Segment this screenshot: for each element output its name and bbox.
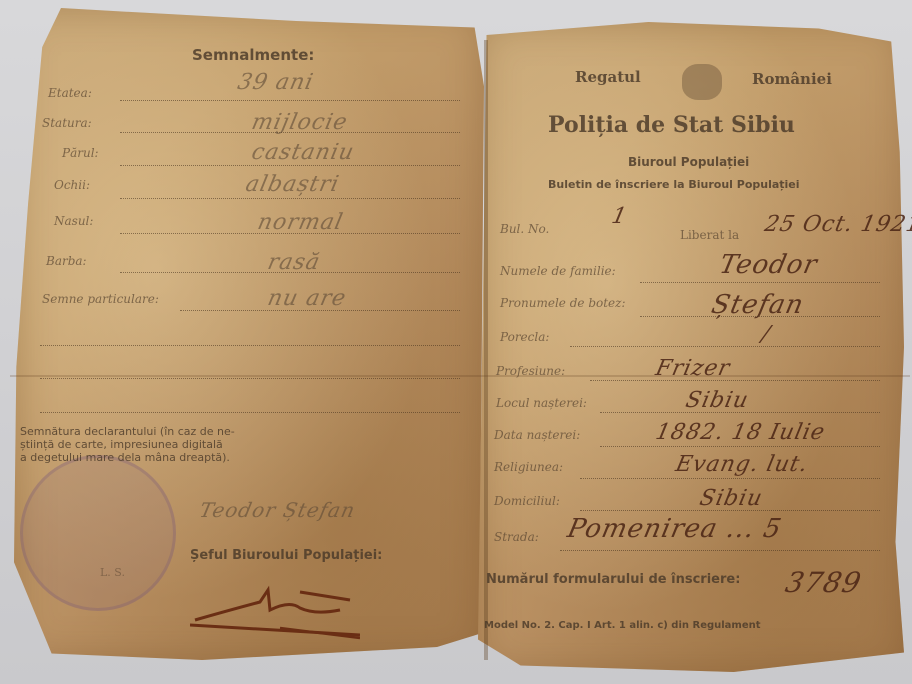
- dotted-line: [120, 272, 460, 273]
- dotted-line: [600, 412, 880, 413]
- issued-label: Liberat la: [680, 228, 739, 242]
- dotted-line: [640, 282, 880, 283]
- domicile-value: Sibiu: [697, 486, 765, 511]
- document-subtitle: Biuroul Populației: [628, 155, 749, 169]
- field-label-beard: Barba:: [46, 254, 87, 268]
- horizontal-fold: [10, 375, 910, 377]
- field-value-hair: castaniu: [249, 140, 356, 165]
- dotted-line: [120, 165, 460, 166]
- surname-label: Numele de familie:: [500, 264, 616, 278]
- field-value-eyes: albaștri: [243, 172, 341, 197]
- birthdate-label: Data nașterei:: [494, 428, 580, 442]
- dotted-line: [180, 310, 460, 311]
- signature-instruction-line2: știință de carte, impresiunea digitală: [20, 438, 223, 451]
- coat-of-arms-icon: [682, 64, 722, 100]
- nickname-label: Porecla:: [500, 330, 549, 344]
- center-fold: [484, 40, 488, 660]
- dotted-line: [570, 346, 880, 347]
- dotted-line: [40, 378, 460, 379]
- dotted-line: [120, 132, 460, 133]
- stamp-mark: L. S.: [100, 566, 125, 579]
- form-title: Buletin de înscriere la Biuroul Populați…: [548, 178, 800, 191]
- chief-label: Șeful Biuroului Populației:: [190, 548, 382, 563]
- faded-stamp: [20, 455, 176, 611]
- field-label-eyes: Ochii:: [54, 178, 90, 192]
- field-label-marks: Semne particulare:: [42, 292, 159, 306]
- field-value-nose: normal: [255, 210, 345, 235]
- surname-value: Teodor: [717, 250, 820, 280]
- street-label: Strada:: [494, 530, 539, 544]
- signature-instruction-line3: a degetului mare dela mâna dreaptă).: [20, 451, 230, 464]
- dotted-line: [40, 412, 460, 413]
- dotted-line: [600, 446, 880, 447]
- dotted-line: [120, 198, 460, 199]
- field-label-nose: Nasul:: [54, 214, 93, 228]
- model-footer: Model No. 2. Cap. I Art. 1 alin. c) din …: [484, 620, 761, 631]
- form-number-label: Numărul formularului de înscriere:: [486, 572, 740, 587]
- document-title: Poliția de Stat Sibiu: [548, 112, 795, 138]
- street-value: Pomenirea ... 5: [565, 514, 785, 544]
- semnalmente-heading: Semnalmente:: [192, 46, 314, 64]
- chief-signature-icon: [190, 580, 360, 640]
- birthplace-label: Locul nașterei:: [496, 396, 587, 410]
- declarant-signature: Teodor Ștefan: [197, 498, 357, 522]
- dotted-line: [580, 510, 880, 511]
- birthdate-value: 1882. 18 Iulie: [653, 420, 827, 445]
- field-value-marks: nu are: [265, 286, 348, 311]
- birthplace-value: Sibiu: [683, 388, 751, 413]
- dotted-line: [120, 233, 460, 234]
- field-value-age: 39 ani: [235, 70, 316, 95]
- field-label-height: Statura:: [42, 116, 92, 130]
- dotted-line: [560, 550, 880, 551]
- bulletin-no-label: Bul. No.: [500, 222, 549, 236]
- header-kingdom: Regatul: [575, 68, 641, 86]
- issued-value: 25 Oct. 1921: [762, 212, 912, 237]
- field-label-age: Etatea:: [48, 86, 92, 100]
- domicile-label: Domiciliul:: [494, 494, 560, 508]
- dotted-line: [580, 478, 880, 479]
- form-number-value: 3789: [782, 566, 864, 599]
- field-label-hair: Părul:: [62, 146, 99, 160]
- religion-value: Evang. lut.: [673, 452, 810, 477]
- dotted-line: [40, 345, 460, 346]
- signature-instruction-line1: Semnătura declarantului (în caz de ne-: [20, 425, 235, 438]
- given-name-label: Pronumele de botez:: [500, 296, 626, 310]
- dotted-line: [590, 380, 880, 381]
- profession-value: Frizer: [653, 356, 732, 381]
- religion-label: Religiunea:: [494, 460, 563, 474]
- dotted-line: [640, 316, 880, 317]
- header-country: României: [752, 70, 832, 88]
- dotted-line: [120, 100, 460, 101]
